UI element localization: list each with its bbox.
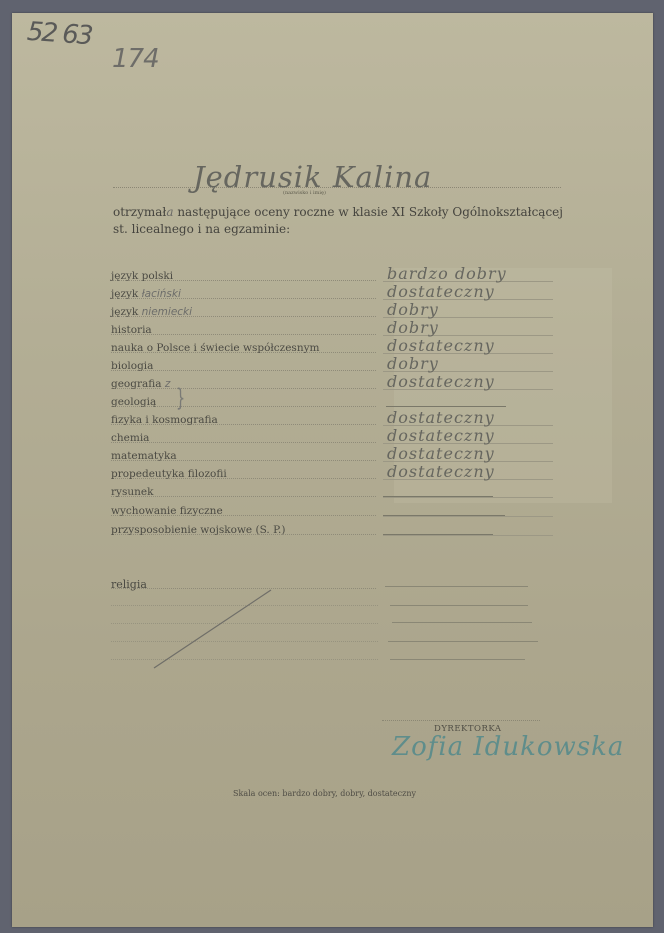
- director-signature-line: [382, 720, 540, 721]
- director-signature: Zofia Idukowska: [392, 732, 624, 762]
- grading-scale-note: Skala ocen: bardzo dobry, dobry, dostate…: [233, 789, 416, 798]
